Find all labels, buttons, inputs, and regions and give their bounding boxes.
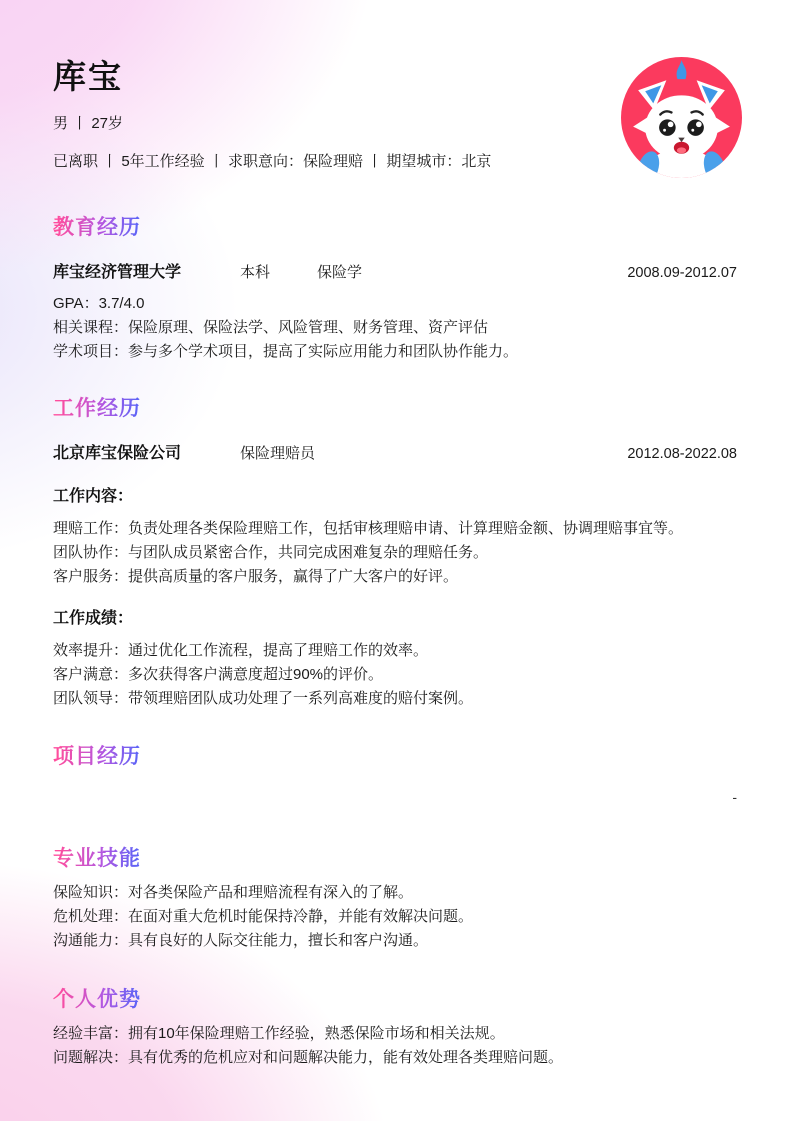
education-entry-row: 库宝经济管理大学 本科 保险学 2008.09-2012.07 xyxy=(53,260,737,286)
major: 保险学 xyxy=(317,260,627,286)
skill-line: 危机处理：在面对重大危机时能保持冷静，并能有效解决问题。 xyxy=(53,905,737,929)
work-achievement-line: 客户满意：多次获得客户满意度超过90%的评价。 xyxy=(53,663,737,687)
section-work: 工作经历 xyxy=(53,364,737,423)
work-achievement-lines: 效率提升：通过优化工作流程，提高了理赔工作的效率。 客户满意：多次获得客户满意度… xyxy=(53,639,737,711)
skills-lines: 保险知识：对各类保险产品和理赔流程有深入的了解。 危机处理：在面对重大危机时能保… xyxy=(53,881,737,953)
section-skills: 专业技能 xyxy=(53,809,737,873)
degree: 本科 xyxy=(240,260,317,286)
work-achievement-line: 效率提升：通过优化工作流程，提高了理赔工作的效率。 xyxy=(53,639,737,663)
strength-line: 经验丰富：拥有10年保险理赔工作经验，熟悉保险市场和相关法规。 xyxy=(53,1022,737,1046)
work-content-line: 团队协作：与团队成员紧密合作，共同完成困难复杂的理赔任务。 xyxy=(53,541,737,565)
work-achievement-line: 团队领导：带领理赔团队成功处理了一系列高难度的赔付案例。 xyxy=(53,687,737,711)
job-title: 保险理赔员 xyxy=(240,441,627,467)
education-detail-line: 学术项目：参与多个学术项目，提高了实际应用能力和团队协作能力。 xyxy=(53,340,737,364)
company-name: 北京库宝保险公司 xyxy=(53,441,240,467)
skill-line: 沟通能力：具有良好的人际交往能力，擅长和客户沟通。 xyxy=(53,929,737,953)
section-title-projects: 项目经历 xyxy=(53,743,141,771)
section-title-skills: 专业技能 xyxy=(53,845,141,873)
section-education: 教育经历 xyxy=(53,173,737,242)
work-content-line: 客户服务：提供高质量的客户服务，赢得了广大客户的好评。 xyxy=(53,565,737,589)
school-name: 库宝经济管理大学 xyxy=(53,260,240,286)
section-title-strengths: 个人优势 xyxy=(53,986,141,1014)
work-entry-row: 北京库宝保险公司 保险理赔员 2012.08-2022.08 xyxy=(53,441,737,467)
strength-line: 问题解决：具有优秀的危机应对和问题解决能力，能有效处理各类理赔问题。 xyxy=(53,1046,737,1070)
work-content-lines: 理赔工作：负责处理各类保险理赔工作，包括审核理赔申请、计算理赔金额、协调理赔事宜… xyxy=(53,517,737,589)
section-title-work: 工作经历 xyxy=(53,395,141,423)
section-projects: 项目经历 xyxy=(53,711,737,771)
gpa-line: GPA：3.7/4.0 xyxy=(53,292,737,316)
education-details: GPA：3.7/4.0 相关课程：保险原理、保险法学、风险管理、财务管理、资产评… xyxy=(53,292,737,364)
cat-mascot-icon xyxy=(621,57,742,178)
section-title-education: 教育经历 xyxy=(53,214,141,242)
work-content-line: 理赔工作：负责处理各类保险理赔工作，包括审核理赔申请、计算理赔金额、协调理赔事宜… xyxy=(53,517,737,541)
section-strengths: 个人优势 xyxy=(53,953,737,1014)
resume-page: 库宝 男 丨 27岁 已离职 丨 5年工作经验 丨 求职意向：保险理赔 丨 期望… xyxy=(0,0,792,1121)
work-content-heading: 工作内容： xyxy=(53,485,737,509)
education-period: 2008.09-2012.07 xyxy=(627,260,737,286)
projects-placeholder: - xyxy=(53,785,737,809)
education-detail-line: 相关课程：保险原理、保险法学、风险管理、财务管理、资产评估 xyxy=(53,316,737,340)
strengths-lines: 经验丰富：拥有10年保险理赔工作经验，熟悉保险市场和相关法规。 问题解决：具有优… xyxy=(53,1022,737,1070)
avatar xyxy=(621,57,742,178)
work-achievement-heading: 工作成绩： xyxy=(53,607,737,631)
work-period: 2012.08-2022.08 xyxy=(627,441,737,467)
skill-line: 保险知识：对各类保险产品和理赔流程有深入的了解。 xyxy=(53,881,737,905)
